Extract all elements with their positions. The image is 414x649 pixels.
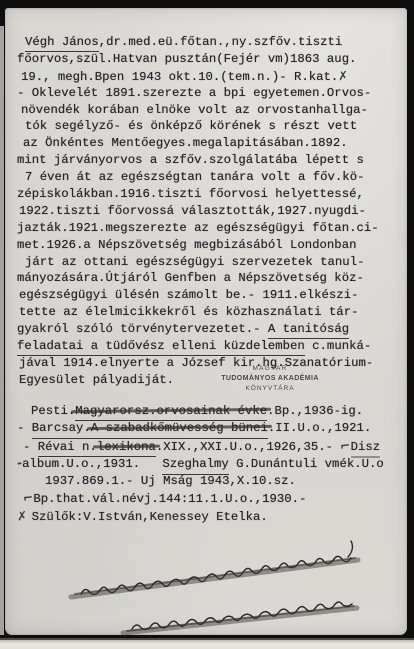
pencil-strike-1b bbox=[75, 558, 355, 594]
title-segment: Barcsay. bbox=[32, 420, 91, 439]
text-segment: .II.U.o.,1921. bbox=[268, 420, 371, 438]
title-segment: A szabadkőmüvesség bünei bbox=[91, 420, 268, 439]
text-segment: .Bp.,1936-ig. bbox=[267, 403, 363, 421]
scanned-index-card-photo: { "card": { "body_lines": [ {"indent":8,… bbox=[0, 0, 414, 649]
typed-line: zépiskolákban.1916.tiszti főorvosi helye… bbox=[17, 186, 407, 203]
typed-line: járt az ottani egészségügyi szervezetek … bbox=[17, 254, 407, 271]
typed-line: - Oklevelét 1891.szerezte a bpi egyeteme… bbox=[17, 85, 407, 102]
stamp-line-1: MAGYAR bbox=[208, 364, 332, 374]
typed-line: - Barcsay.A szabadkőmüvesség bünei.II.U.… bbox=[17, 420, 407, 438]
pencil-mark: ✗ bbox=[16, 507, 32, 526]
index-card-paper: Végh János,dr.med.eü.főtan.,ny.szfőv.tis… bbox=[5, 8, 407, 635]
text-segment: Bp.that.vál.névj.144:11.1.U.o.,1930.- bbox=[33, 491, 306, 509]
handwritten-scrawl-2 bbox=[132, 602, 352, 629]
library-stamp: MAGYAR TUDOMÁNYOS AKADÉMIA KÖNYVTÁRA bbox=[208, 364, 332, 394]
typed-line: - Révai n.lexikona.XIX.,XXI.U.o.,1926,35… bbox=[17, 438, 407, 456]
text-segment: met.1926.a Népszövetség megbizásából Lon… bbox=[17, 237, 356, 254]
text-segment: Pesti. bbox=[31, 403, 75, 421]
typed-line: 7 éven át az egészségtan tanára volt a f… bbox=[17, 169, 407, 186]
pencil-mark: ✗ bbox=[337, 67, 349, 85]
handwritten-note-1 bbox=[71, 541, 358, 597]
pencil-strike-1 bbox=[71, 560, 358, 597]
stamp-line-2: TUDOMÁNYOS AKADÉMIA bbox=[208, 374, 332, 385]
typed-line: tette az élelmicikkekről és közhasználat… bbox=[17, 304, 407, 321]
typed-line: 1922.tiszti főorvossá választották,1927.… bbox=[17, 203, 407, 220]
pencil-strike-2 bbox=[123, 608, 357, 633]
title-segment: Végh János bbox=[25, 34, 99, 52]
text-segment: .XIX.,XXI.U.o.,1926,35.- bbox=[156, 439, 340, 457]
handwritten-note-2 bbox=[123, 602, 357, 633]
typed-line: ⌐Bp.that.vál.névj.144:11.1.U.o.,1930.- bbox=[17, 490, 407, 508]
text-segment: főorvos,szül.Hatvan pusztán(Fejér vm)186… bbox=[17, 51, 356, 68]
typed-line: 19., megh.Bpen 1943 okt.10.(tem.n.)- R.k… bbox=[17, 68, 407, 85]
typed-line: egészségügyi ülésén számolt be.- 1911.el… bbox=[17, 287, 407, 304]
text-segment: ,dr.med.eü.főtan.,ny.szfőv.tiszti bbox=[99, 34, 343, 51]
text-segment: 1922.tiszti főorvossá választották,1927.… bbox=[19, 203, 366, 220]
text-segment: - Oklevelét 1891.szerezte a bpi egyeteme… bbox=[17, 85, 371, 102]
text-segment: G.Dunántuli vmék.U.o bbox=[229, 456, 384, 474]
typed-line: ✗ Szülők:V.István,Kenessey Etelka. bbox=[17, 508, 407, 526]
typed-line: met.1926.a Népszövetség megbizásából Lon… bbox=[17, 237, 407, 254]
text-segment: tók segélyző- és önképző körének s részt… bbox=[25, 118, 357, 135]
title-segment: A tanitóság bbox=[268, 321, 349, 339]
typed-line: Végh János,dr.med.eü.főtan.,ny.szfőv.tis… bbox=[17, 34, 407, 51]
text-segment: gyakról szóló törvénytervezetet.- bbox=[17, 321, 268, 338]
typed-line: 1937.869.1.- Uj Mság 1943,X.10.sz. bbox=[17, 473, 407, 491]
handwritten-notes-layer bbox=[5, 536, 414, 641]
text-segment: jazták.1921.megszerezte az egészségügyi … bbox=[17, 220, 379, 237]
typed-line: -album.U.o.,1931. Szeghalmy G.Dunántuli … bbox=[17, 455, 407, 473]
typed-line: gyakról szóló törvénytervezetet.- A tani… bbox=[17, 321, 407, 338]
text-segment: tette az élelmicikkekről és közhasználat… bbox=[19, 304, 358, 321]
text-segment: 1937.869.1.- Uj Mság 1943,X.10.sz. bbox=[45, 473, 296, 491]
text-segment: zépiskolákban.1916.tiszti főorvosi helye… bbox=[17, 186, 364, 203]
title-segment: feladatai a tüdővész elleni küzdelemben bbox=[17, 338, 305, 356]
text-segment: az Önkéntes Mentőegyes.megalapitásában.1… bbox=[23, 135, 348, 152]
typed-line: mányozására.Útjáról Genfben a Népszövets… bbox=[17, 270, 407, 287]
typed-line: feladatai a tüdővész elleni küzdelemben … bbox=[17, 338, 407, 355]
pencil-mark: ⌐ bbox=[22, 490, 34, 508]
text-segment: c.munká- bbox=[305, 338, 371, 355]
title-segment: Magyarorsz.orvosainak évke bbox=[75, 403, 267, 422]
text-segment: növendék korában elnöke volt az orvostan… bbox=[21, 102, 368, 119]
text-segment: egészségügyi ülésén számolt be.- 1911.el… bbox=[19, 287, 358, 304]
pencil-mark: ⌐ bbox=[339, 437, 351, 455]
typed-line: az Önkéntes Mentőegyes.megalapitásában.1… bbox=[17, 135, 407, 152]
handwritten-scrawl-1-hook bbox=[348, 541, 352, 557]
text-segment: járt az ottani egészségügyi szervezetek … bbox=[25, 254, 364, 271]
typed-line: növendék korában elnöke volt az orvostan… bbox=[17, 102, 407, 119]
typed-line: tók segélyző- és önképző körének s részt… bbox=[17, 118, 407, 135]
pencil-strike-2b bbox=[127, 606, 354, 631]
typed-line: mint járványorvos a szfőv.szolgálatába l… bbox=[17, 152, 407, 169]
bibliography-text-block: Pesti.Magyarorsz.orvosainak évke.Bp.,193… bbox=[17, 403, 407, 526]
typed-line: jazták.1921.megszerezte az egészségügyi … bbox=[17, 220, 407, 237]
typed-line: főorvos,szül.Hatvan pusztán(Fejér vm)186… bbox=[17, 51, 407, 68]
text-segment: mint járványorvos a szfőv.szolgálatába l… bbox=[17, 152, 364, 169]
text-segment: - bbox=[23, 439, 38, 457]
text-segment: mányozására.Útjáról Genfben a Népszövets… bbox=[17, 270, 364, 287]
title-segment: lexikona bbox=[97, 439, 156, 458]
stamp-line-3: KÖNYVTÁRA bbox=[208, 384, 332, 394]
typed-line: Pesti.Magyarorsz.orvosainak évke.Bp.,193… bbox=[17, 403, 407, 421]
text-segment: 7 éven át az egészségtan tanára volt a f… bbox=[25, 169, 364, 186]
text-segment: - bbox=[17, 420, 32, 438]
text-segment: Szülők:V.István,Kenessey Etelka. bbox=[32, 509, 268, 527]
biography-text-block: Végh János,dr.med.eü.főtan.,ny.szfőv.tis… bbox=[17, 34, 407, 389]
text-segment: Egyesület pályadiját. bbox=[19, 372, 174, 389]
typed-text: Végh János,dr.med.eü.főtan.,ny.szfőv.tis… bbox=[17, 34, 407, 525]
scan-edge-sliver bbox=[0, 26, 4, 635]
text-segment: album.U.o.,1931. bbox=[22, 456, 162, 474]
background-surface-strip bbox=[0, 638, 414, 649]
text-segment: 19., megh.Bpen 1943 okt.10.(tem.n.)- R.k… bbox=[21, 69, 338, 86]
